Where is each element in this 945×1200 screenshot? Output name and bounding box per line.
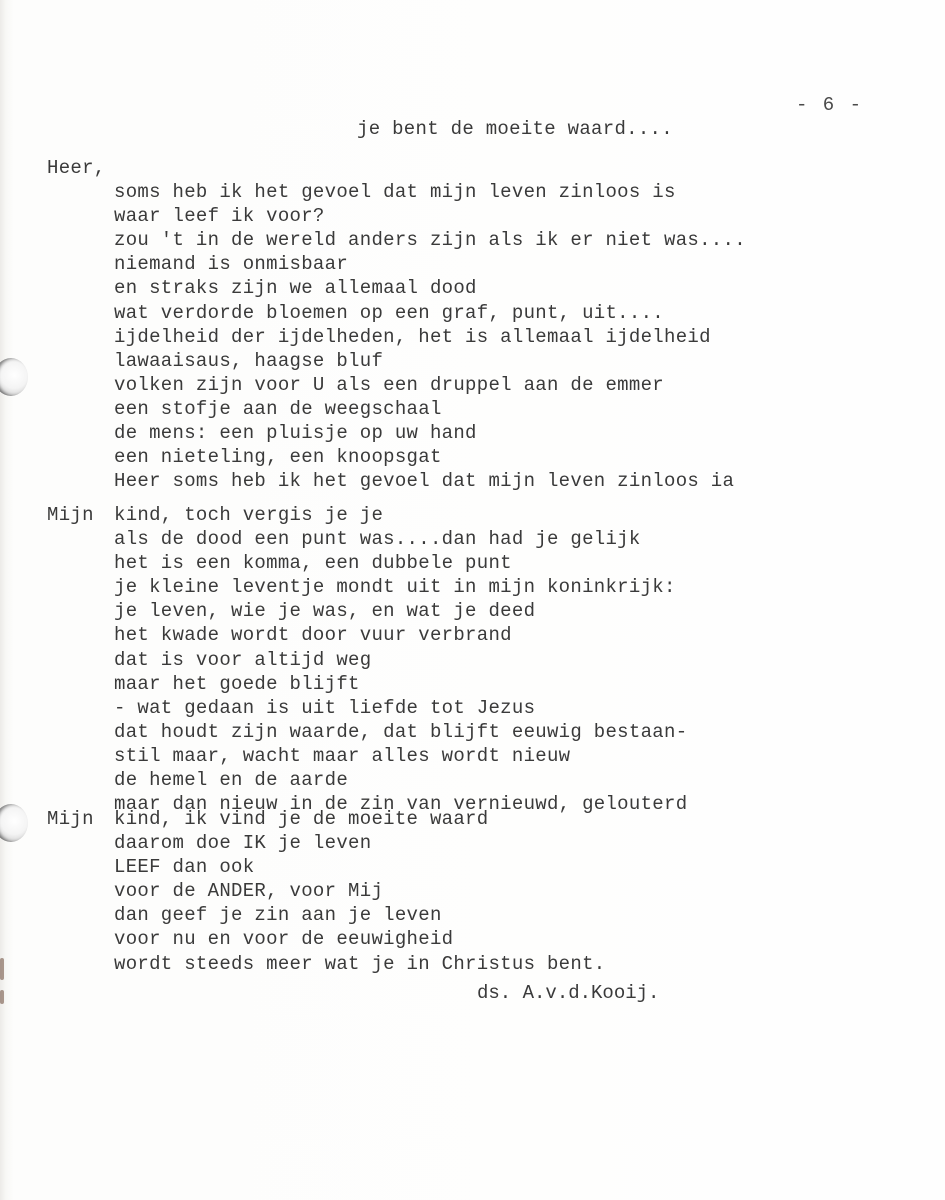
- poem-line: je kleine leventje mondt uit in mijn kon…: [114, 575, 676, 599]
- speaker-label: Mijn: [47, 503, 94, 527]
- punch-hole-top: [0, 358, 28, 396]
- poem-line: je leven, wie je was, en wat je deed: [114, 599, 535, 623]
- poem-line: voor de ANDER, voor Mij: [114, 879, 383, 903]
- poem-line: een stofje aan de weegschaal: [114, 397, 442, 421]
- poem-line: waar leef ik voor?: [114, 204, 325, 228]
- speaker-label: Heer,: [47, 156, 106, 180]
- poem-line: wat verdorde bloemen op een graf, punt, …: [114, 301, 664, 325]
- poem-line: - wat gedaan is uit liefde tot Jezus: [114, 696, 535, 720]
- poem-line: het is een komma, een dubbele punt: [114, 551, 512, 575]
- poem-title: je bent de moeite waard....: [357, 118, 673, 140]
- edge-stain: [0, 990, 4, 1004]
- poem-line: stil maar, wacht maar alles wordt nieuw: [114, 744, 570, 768]
- poem-line: het kwade wordt door vuur verbrand: [114, 623, 512, 647]
- poem-line: en straks zijn we allemaal dood: [114, 276, 477, 300]
- typed-page: - 6 - je bent de moeite waard.... Heer, …: [0, 0, 945, 1200]
- poem-line: voor nu en voor de eeuwigheid: [114, 927, 453, 951]
- poem-line: zou 't in de wereld anders zijn als ik e…: [114, 228, 746, 252]
- signature: ds. A.v.d.Kooij.: [477, 982, 659, 1004]
- poem-line: kind, toch vergis je je: [114, 503, 383, 527]
- poem-line: ijdelheid der ijdelheden, het is allemaa…: [114, 325, 711, 349]
- poem-line: soms heb ik het gevoel dat mijn leven zi…: [114, 180, 676, 204]
- poem-line: volken zijn voor U als een druppel aan d…: [114, 373, 664, 397]
- poem-line: LEEF dan ook: [114, 855, 254, 879]
- poem-line: daarom doe IK je leven: [114, 831, 371, 855]
- poem-line: lawaaisaus, haagse bluf: [114, 349, 383, 373]
- poem-line: als de dood een punt was....dan had je g…: [114, 527, 641, 551]
- speaker-label: Mijn: [47, 807, 94, 831]
- poem-line: de hemel en de aarde: [114, 768, 348, 792]
- poem-line: dat houdt zijn waarde, dat blijft eeuwig…: [114, 720, 687, 744]
- poem-line: maar het goede blijft: [114, 672, 360, 696]
- poem-line: Heer soms heb ik het gevoel dat mijn lev…: [114, 469, 734, 493]
- poem-line: kind, ik vind je de moeite waard: [114, 807, 488, 831]
- poem-line: de mens: een pluisje op uw hand: [114, 421, 477, 445]
- edge-stain: [0, 958, 4, 980]
- poem-line: dat is voor altijd weg: [114, 648, 371, 672]
- poem-line: een nieteling, een knoopsgat: [114, 445, 442, 469]
- poem-line: dan geef je zin aan je leven: [114, 903, 442, 927]
- poem-line: wordt steeds meer wat je in Christus ben…: [114, 952, 605, 976]
- poem-line: niemand is onmisbaar: [114, 252, 348, 276]
- page-number: - 6 -: [796, 94, 863, 116]
- punch-hole-bottom: [0, 804, 28, 842]
